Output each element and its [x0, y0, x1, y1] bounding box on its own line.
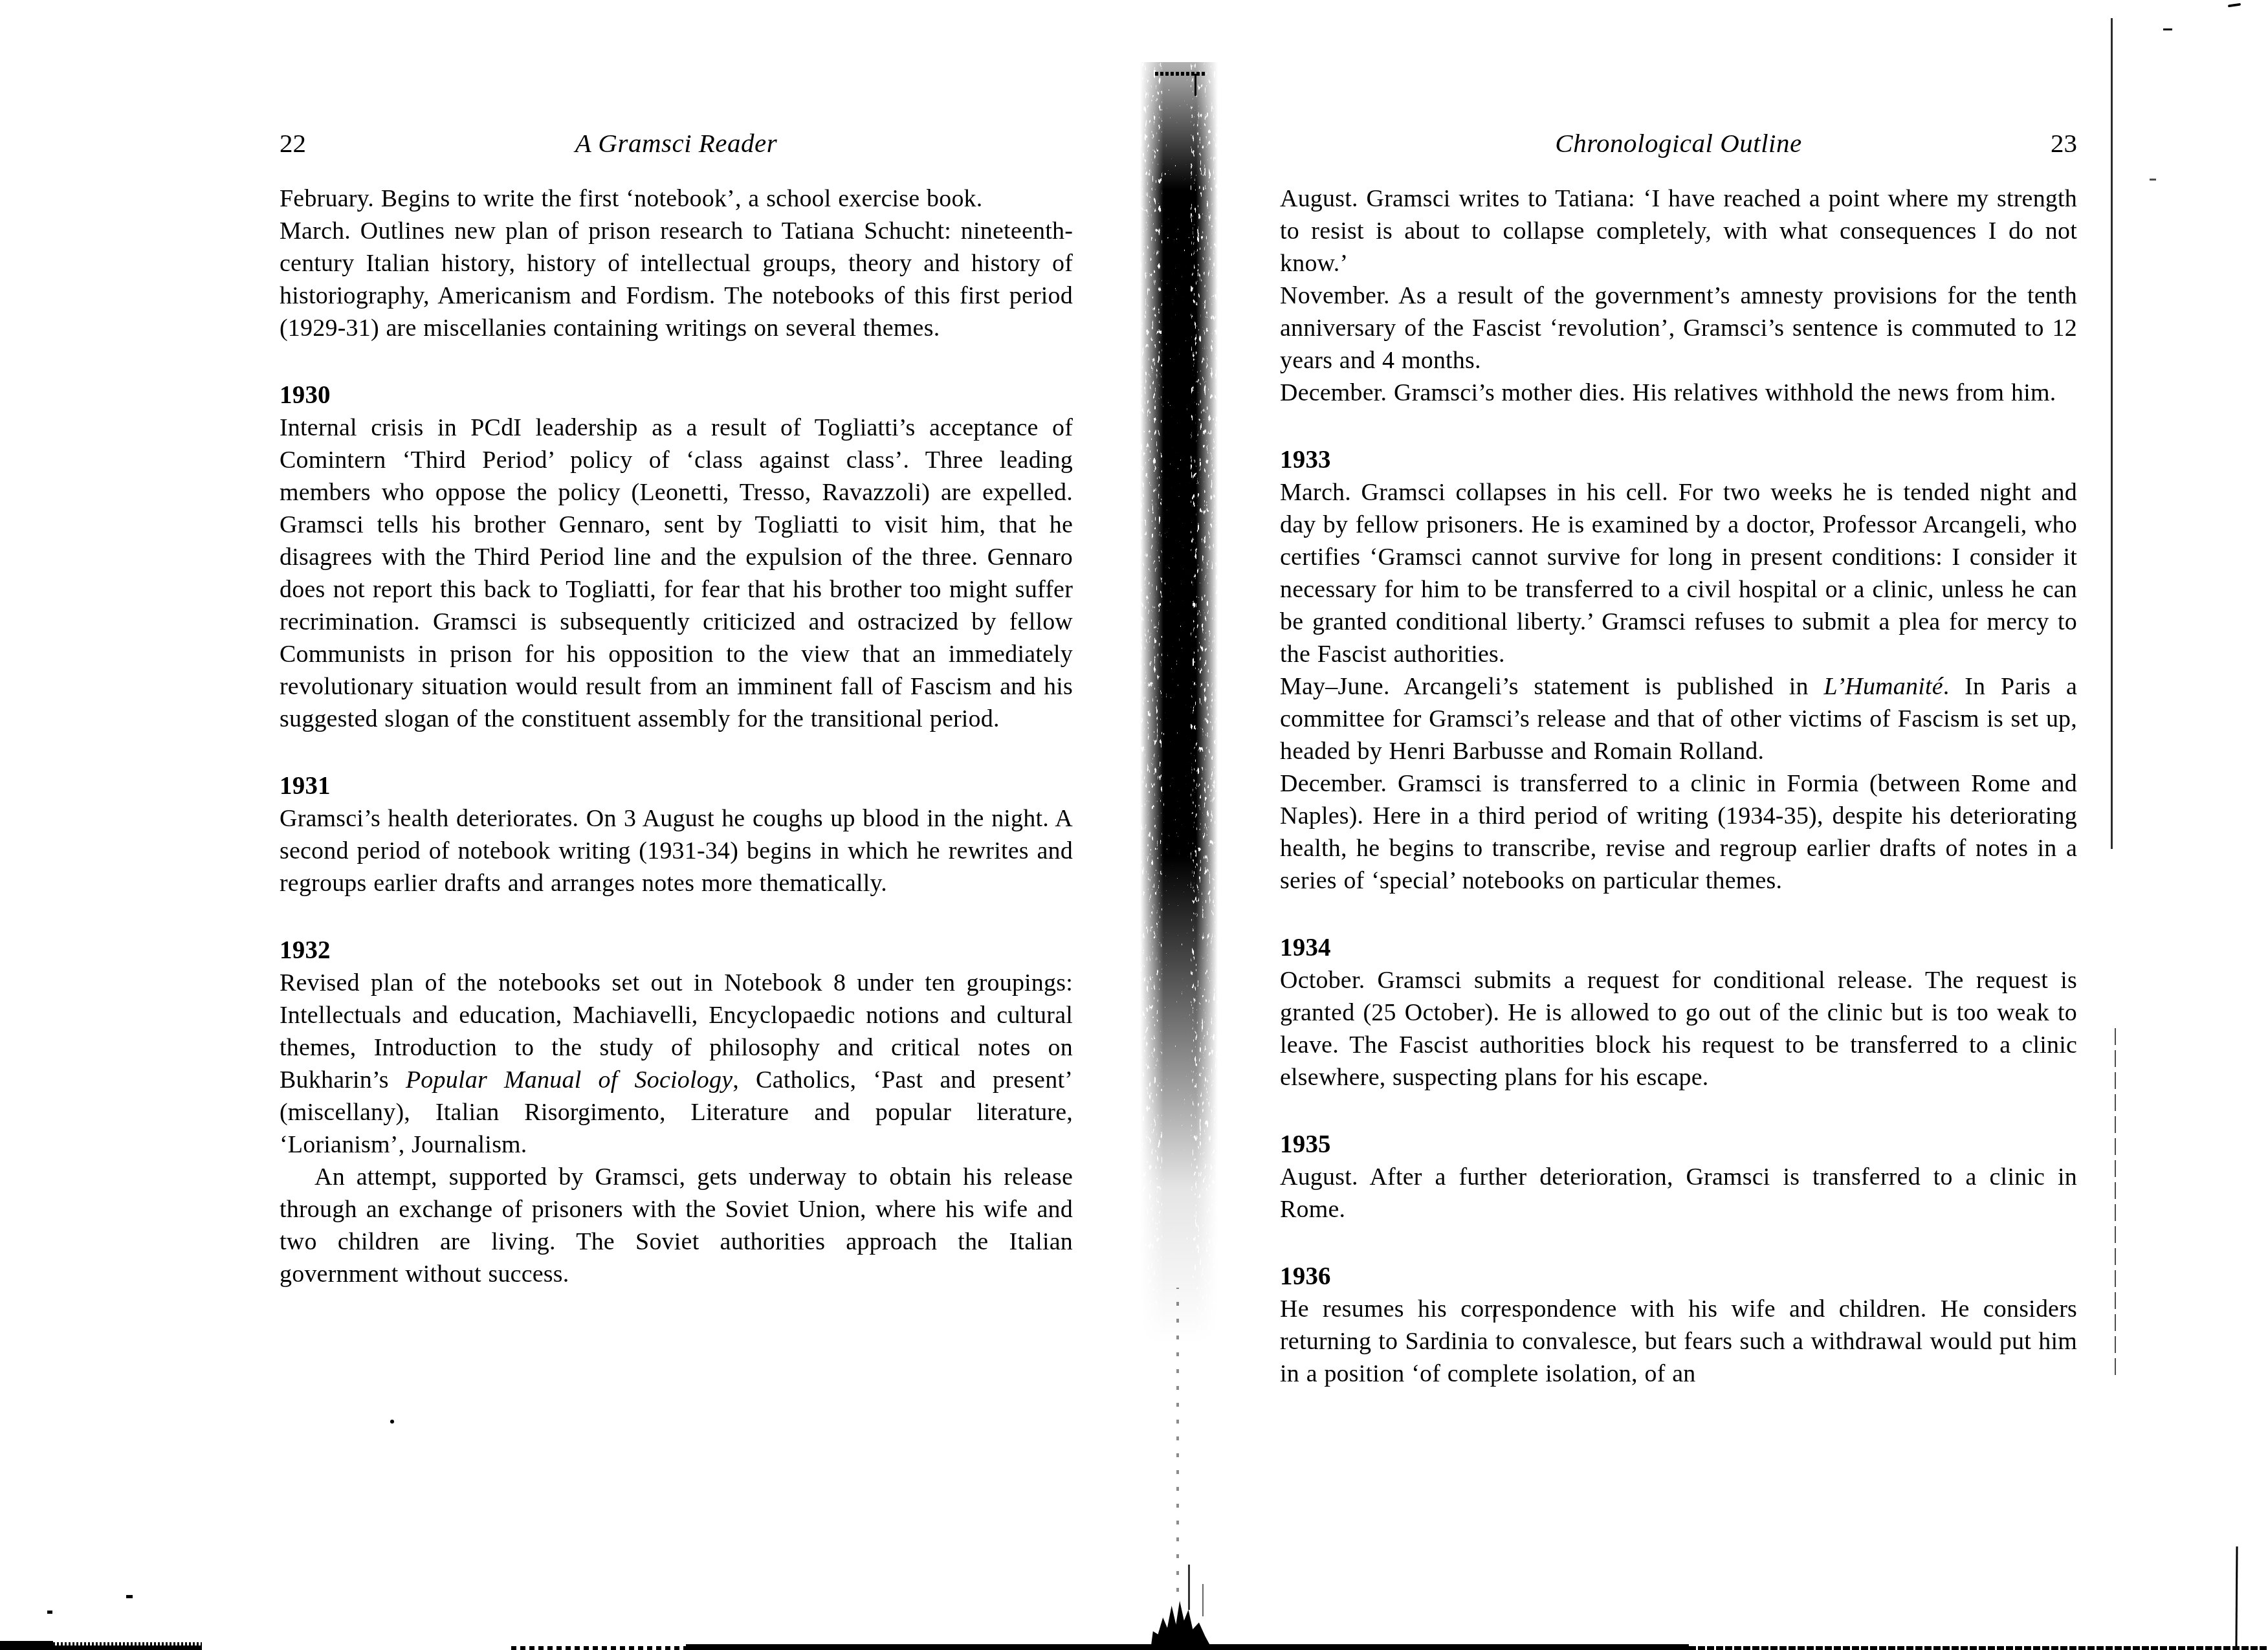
right-corner-scratch-line [2235, 1546, 2238, 1650]
text-run: L’Humanité [1823, 673, 1943, 700]
year-heading: 1930 [280, 379, 1073, 412]
scan-speck [2163, 28, 2172, 30]
blob-hairline [1188, 1565, 1190, 1610]
paragraph: May–June. Arcangeli’s statement is publi… [1280, 670, 2077, 767]
paragraph: Revised plan of the notebooks set out in… [280, 967, 1073, 1161]
paragraph: December. Gramsci is transferred to a cl… [1280, 767, 2077, 897]
text-run: August. After a further deterioration, G… [1280, 1163, 2077, 1223]
paragraph: February. Begins to write the first ‘not… [280, 182, 1073, 215]
right-edge-scratch-line-dotted [2115, 1026, 2116, 1375]
paragraph: He resumes his correspondence with his w… [1280, 1293, 2077, 1390]
paragraph: October. Gramsci submits a request for c… [1280, 964, 2077, 1094]
gutter-lower-dots [1176, 1288, 1179, 1592]
text-run: March. Outlines new plan of prison resea… [280, 217, 1073, 342]
left-page-number: 22 [280, 127, 377, 159]
year-heading: 1936 [1280, 1260, 2077, 1293]
text-run: An attempt, supported by Gramsci, gets u… [280, 1163, 1073, 1288]
right-page-header: Chronological Outline 23 [1280, 127, 2077, 159]
book-scan-spread: 22 A Gramsci Reader February. Begins to … [0, 0, 2268, 1650]
left-page-body: February. Begins to write the first ‘not… [280, 182, 1073, 1290]
paragraph: Gramsci’s health deteriorates. On 3 Augu… [280, 802, 1073, 899]
text-run: Internal crisis in PCdI leadership as a … [280, 414, 1073, 732]
left-page: 22 A Gramsci Reader February. Begins to … [280, 127, 1073, 1290]
scan-speck [126, 1595, 133, 1598]
paragraph: March. Outlines new plan of prison resea… [280, 215, 1073, 344]
paragraph: Internal crisis in PCdI leadership as a … [280, 412, 1073, 735]
scan-speck [2228, 3, 2241, 8]
text-run: Popular Manual of Sociology [406, 1066, 732, 1094]
paragraph: December. Gramsci’s mother dies. His rel… [1280, 377, 2077, 409]
blob-hairline [1202, 1584, 1204, 1616]
text-run: He resumes his correspondence with his w… [1280, 1295, 2077, 1387]
scan-speck [2150, 179, 2156, 181]
right-running-title: Chronological Outline [1377, 127, 1980, 159]
text-run: March. Gramsci collapses in his cell. Fo… [1280, 479, 2077, 668]
scan-speck [390, 1420, 394, 1424]
year-heading: 1935 [1280, 1128, 2077, 1161]
scan-speck [1493, 1310, 1495, 1323]
text-run: December. Gramsci is transferred to a cl… [1280, 770, 2077, 894]
year-heading: 1934 [1280, 932, 2077, 964]
bottom-edge-bar-comb [53, 1642, 202, 1650]
text-run: November. As a result of the government’… [1280, 282, 2077, 374]
year-heading: 1933 [1280, 444, 2077, 476]
gutter-top-tick-stem [1195, 74, 1196, 96]
paragraph: August. After a further deterioration, G… [1280, 1161, 2077, 1226]
bottom-edge-dashes [1689, 1646, 2268, 1650]
paragraph: August. Gramsci writes to Tatiana: ‘I ha… [1280, 182, 2077, 280]
right-page-body: August. Gramsci writes to Tatiana: ‘I ha… [1280, 182, 2077, 1390]
left-page-header: 22 A Gramsci Reader [280, 127, 1073, 159]
text-run: October. Gramsci submits a request for c… [1280, 967, 2077, 1091]
right-page-number: 23 [1980, 127, 2077, 159]
paragraph: November. As a result of the government’… [1280, 280, 2077, 377]
paragraph: An attempt, supported by Gramsci, gets u… [280, 1161, 1073, 1290]
year-heading: 1931 [280, 770, 1073, 802]
gutter-scan-noise [1140, 62, 1218, 1343]
right-page: Chronological Outline 23 August. Gramsci… [1280, 127, 2077, 1390]
right-edge-scratch-line [2111, 18, 2113, 849]
text-run: Gramsci’s health deteriorates. On 3 Augu… [280, 805, 1073, 897]
bottom-edge-bar [0, 1641, 53, 1650]
text-run: December. Gramsci’s mother dies. His rel… [1280, 379, 2056, 406]
paragraph: March. Gramsci collapses in his cell. Fo… [1280, 476, 2077, 670]
year-heading: 1932 [280, 934, 1073, 967]
text-run: August. Gramsci writes to Tatiana: ‘I ha… [1280, 185, 2077, 277]
text-run: May–June. Arcangeli’s statement is publi… [1280, 673, 1823, 700]
text-run: February. Begins to write the first ‘not… [280, 185, 983, 212]
bottom-edge-dashes [511, 1646, 686, 1650]
scan-speck [47, 1611, 52, 1614]
left-running-title: A Gramsci Reader [377, 127, 976, 159]
gutter-top-tick [1155, 72, 1206, 76]
bottom-edge-bar [686, 1644, 1689, 1650]
